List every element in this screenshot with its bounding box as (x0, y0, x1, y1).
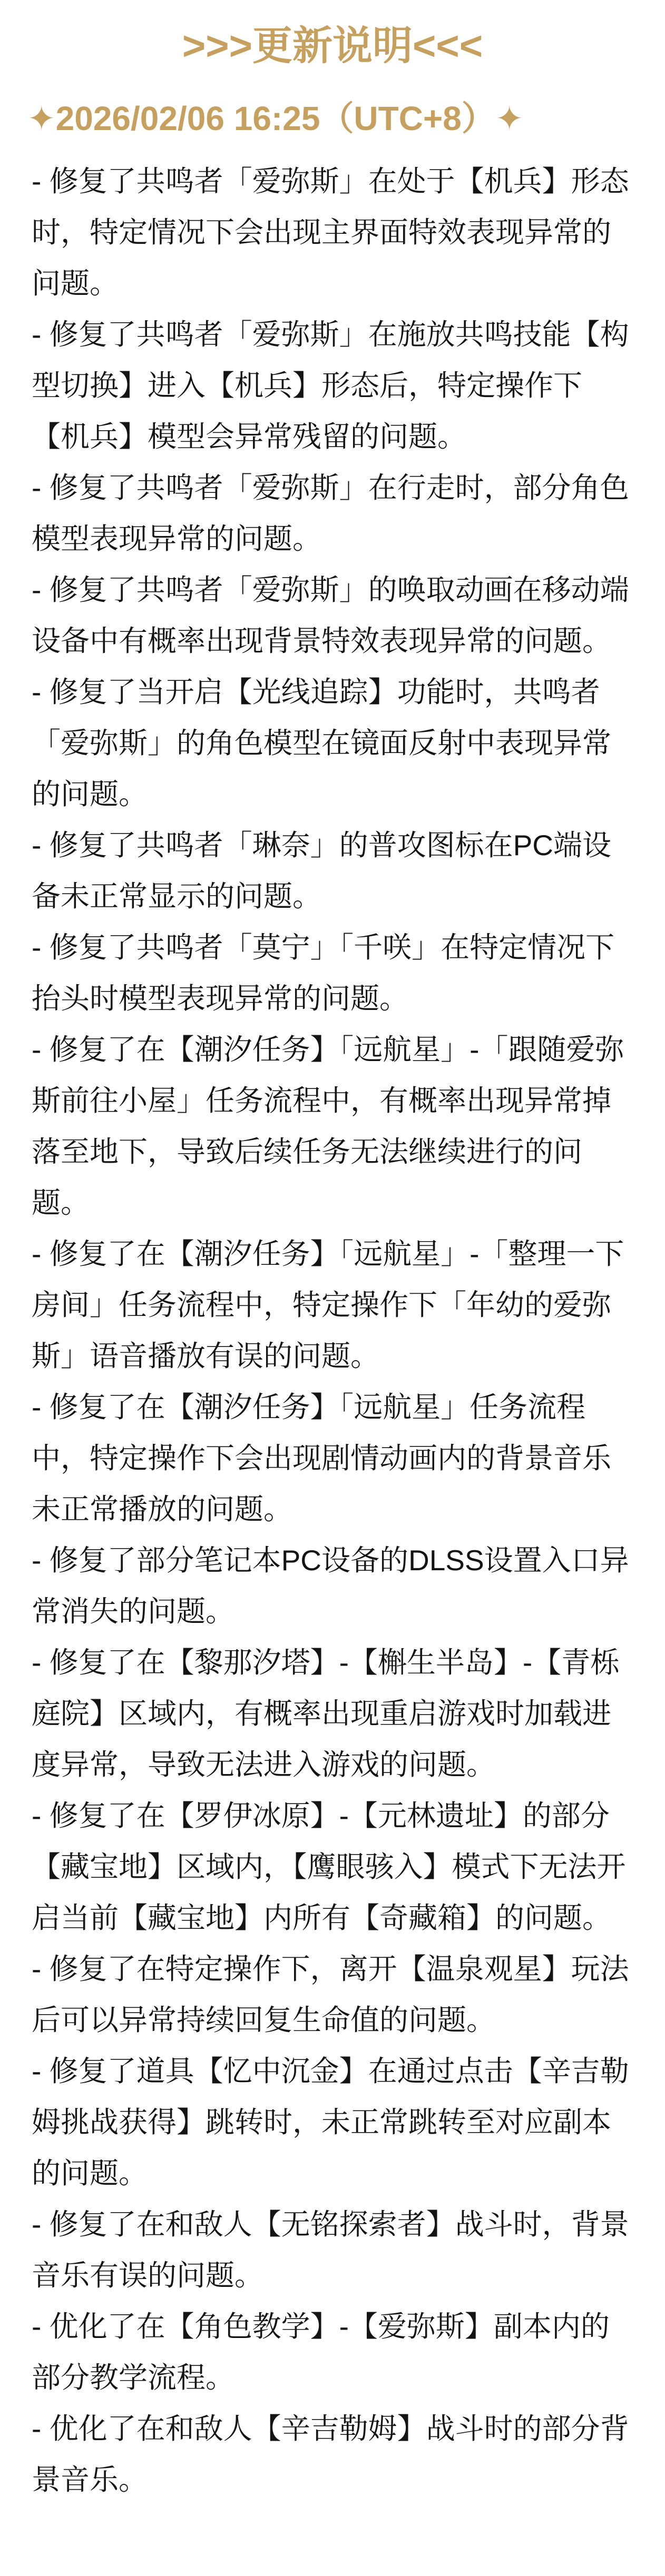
patch-note-item: - 修复了共鸣者「爱弥斯」在施放共鸣技能【构型切换】进入【机兵】形态后，特定操作… (32, 309, 636, 462)
patch-notes-list: - 修复了共鸣者「爱弥斯」在处于【机兵】形态时，特定情况下会出现主界面特效表现异… (0, 137, 665, 2527)
page-title: >>>更新说明<<< (0, 25, 665, 67)
patch-note-item: - 修复了当开启【光线追踪】功能时，共鸣者「爱弥斯」的角色模型在镜面反射中表现异… (32, 667, 636, 820)
patch-note-item: - 修复了共鸣者「莫宁」「千咲」在特定情况下抬头时模型表现异常的问题。 (32, 922, 636, 1024)
patch-note-item: - 修复了在【潮汐任务】「远航星」-「跟随爱弥斯前往小屋」任务流程中，有概率出现… (32, 1024, 636, 1228)
patch-note-item: - 优化了在【角色教学】-【爱弥斯】副本内的部分教学流程。 (32, 2301, 636, 2403)
patch-note-item: - 修复了共鸣者「爱弥斯」在行走时，部分角色模型表现异常的问题。 (32, 462, 636, 564)
patch-note-item: - 修复了在【潮汐任务】「远航星」-「整理一下房间」任务流程中，特定操作下「年幼… (32, 1228, 636, 1382)
update-notes-page: >>>更新说明<<< ✦2026/02/06 16:25（UTC+8）✦ - 修… (0, 0, 665, 2576)
patch-note-item: - 修复了共鸣者「爱弥斯」在处于【机兵】形态时，特定情况下会出现主界面特效表现异… (32, 156, 636, 309)
update-datetime: ✦2026/02/06 16:25（UTC+8）✦ (0, 100, 665, 137)
patch-note-item: - 修复了共鸣者「琳奈」的普攻图标在PC端设备未正常显示的问题。 (32, 820, 636, 922)
patch-note-item: - 修复了在特定操作下，离开【温泉观星】玩法后可以异常持续回复生命值的问题。 (32, 1944, 636, 2046)
patch-note-item: - 修复了在【罗伊冰原】-【元林遗址】的部分【藏宝地】区域内，【鹰眼骇入】模式下… (32, 1790, 636, 1944)
patch-note-item: - 修复了在【潮汐任务】「远航星」任务流程中，特定操作下会出现剧情动画内的背景音… (32, 1382, 636, 1535)
patch-note-item: - 修复了部分笔记本PC设备的DLSS设置入口异常消失的问题。 (32, 1535, 636, 1637)
patch-note-item: - 修复了共鸣者「爱弥斯」的唤取动画在移动端设备中有概率出现背景特效表现异常的问… (32, 564, 636, 667)
patch-note-item: - 优化了在和敌人【辛吉勒姆】战斗时的部分背景音乐。 (32, 2403, 636, 2505)
patch-note-item: - 修复了在和敌人【无铭探索者】战斗时，背景音乐有误的问题。 (32, 2199, 636, 2301)
patch-note-item: - 修复了道具【忆中沉金】在通过点击【辛吉勒姆挑战获得】跳转时，未正常跳转至对应… (32, 2046, 636, 2199)
patch-note-item: - 修复了在【黎那汐塔】-【槲生半岛】-【青栎庭院】区域内，有概率出现重启游戏时… (32, 1637, 636, 1790)
